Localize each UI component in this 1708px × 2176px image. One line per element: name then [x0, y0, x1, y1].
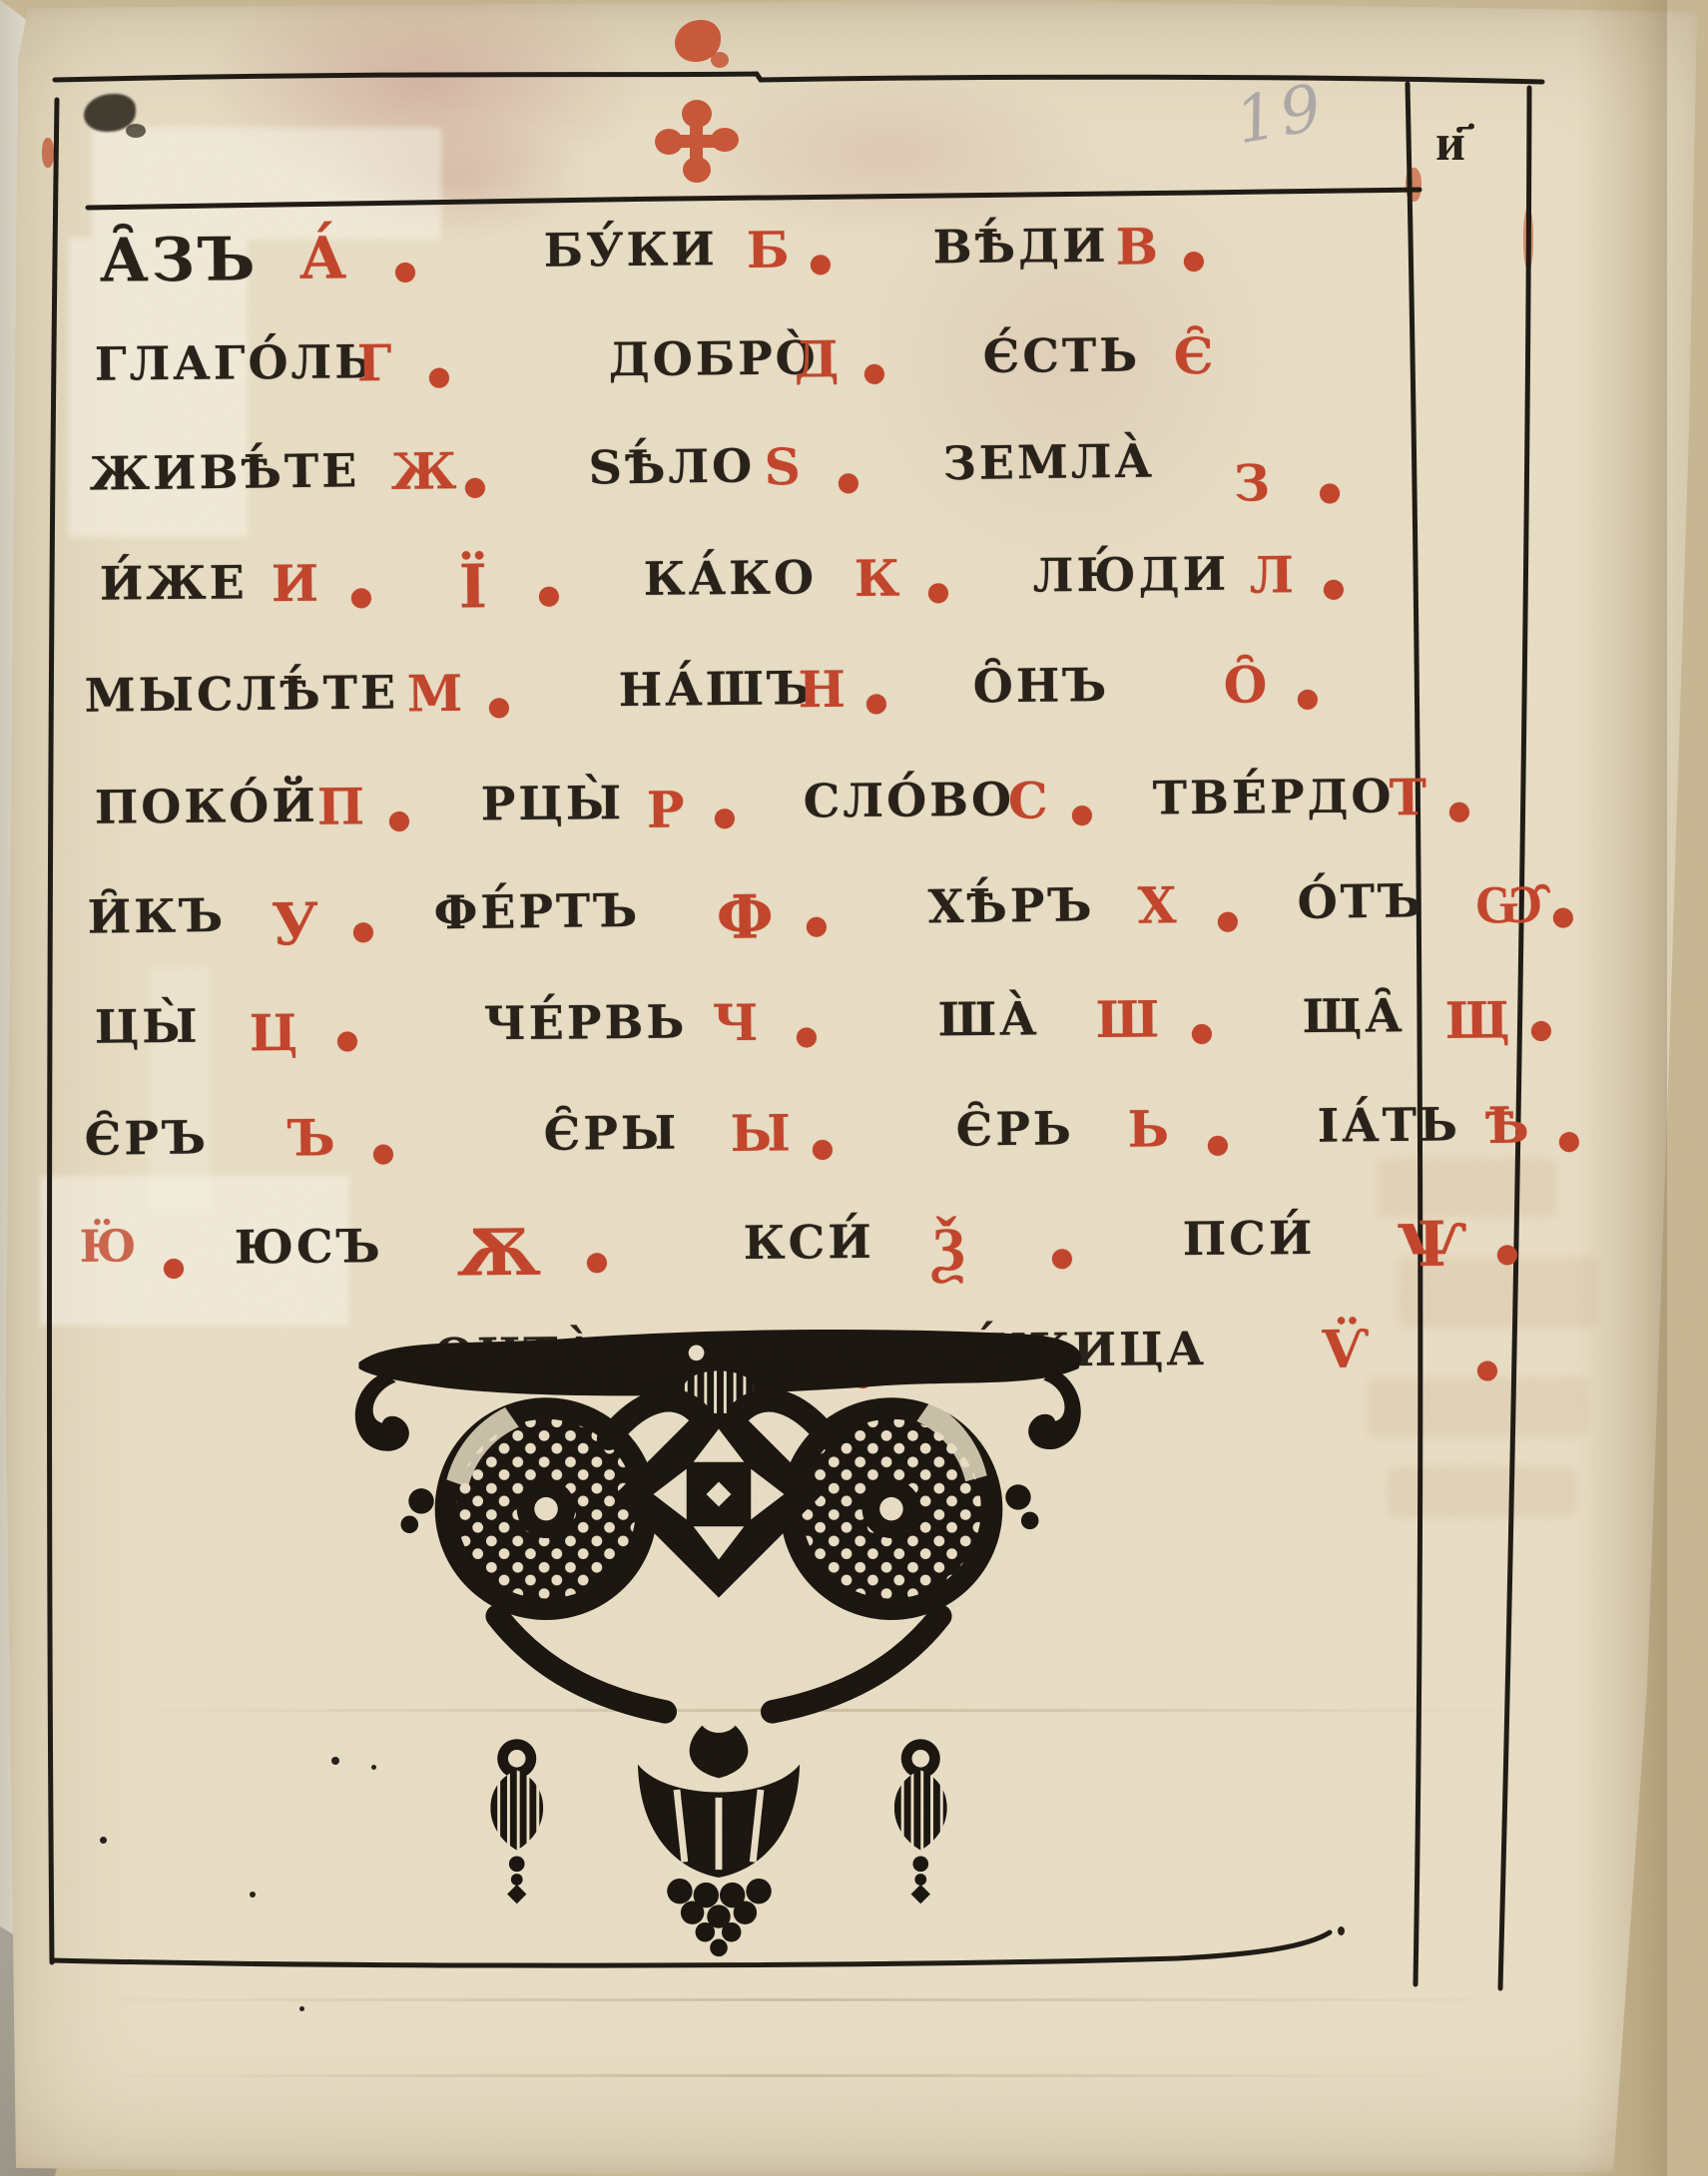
separator-dot — [587, 1253, 607, 1273]
letter-glyph: В — [1116, 222, 1162, 272]
separator-dot — [351, 588, 371, 608]
separator-dot — [866, 694, 886, 714]
letter-glyph: Ѫ — [457, 1222, 545, 1287]
alphabet-row-9: Є̑РЪЪЄ̑РЫЫЄ̑РЬЬІА́ТЬѢ — [0, 1099, 1708, 1207]
letter-glyph: Р — [647, 786, 688, 835]
letter-name: ЅѢ́ЛО — [588, 442, 755, 490]
separator-dot — [465, 478, 485, 498]
letter-name: ХѢ́РЪ — [927, 881, 1094, 929]
letter-name: Є̑РЪ — [85, 1114, 210, 1161]
alphabet-row-2: ГЛАГО́ЛЬГДОБРО̀ДЄ́СТЬЄ̑ — [0, 327, 1708, 432]
separator-dot — [1497, 1245, 1517, 1265]
letter-glyph: Ь — [1127, 1104, 1172, 1154]
letter-name: ПОКО́Й — [95, 783, 318, 830]
letter-name: ВѢ́ДИ — [933, 223, 1109, 271]
letter-glyph: М — [407, 669, 466, 720]
letter-name: КСИ́ — [744, 1219, 874, 1266]
separator-dot — [395, 263, 415, 282]
letter-glyph: У — [271, 895, 321, 954]
separator-dot — [1477, 1360, 1497, 1380]
letter-name: ІА́ТЬ — [1317, 1101, 1460, 1148]
letter-glyph: С — [1008, 776, 1051, 825]
letter-name: Є̑РЫ — [544, 1110, 680, 1157]
separator-dot — [839, 473, 858, 493]
letter-name: О́ТЪ — [1297, 877, 1424, 925]
letter-glyph: Ф — [716, 887, 777, 948]
letter-glyph: Ї — [459, 557, 491, 617]
separator-dot — [928, 583, 948, 603]
letter-name: ША̀ — [938, 995, 1040, 1042]
letter-name: Є́СТЬ — [983, 332, 1141, 379]
separator-dot — [1449, 803, 1469, 822]
letter-glyph: Ъ — [287, 1113, 338, 1164]
letter-glyph: Ѕ — [764, 442, 804, 492]
separator-dot — [813, 1140, 833, 1160]
letter-glyph: А́ — [299, 229, 350, 286]
letter-name: ЩА̑ — [1303, 992, 1406, 1039]
separator-dot — [1553, 907, 1573, 927]
letter-glyph: Ц — [250, 1008, 301, 1058]
letter-name: ЗЕМЛА̀ — [942, 438, 1155, 487]
letter-name: ЮСЪ — [235, 1223, 383, 1270]
letter-glyph: Ж — [390, 446, 459, 497]
letter-glyph: Ы — [730, 1108, 794, 1159]
letter-glyph: Ч — [713, 998, 762, 1048]
letter-glyph: З — [1234, 458, 1274, 508]
separator-dot — [1298, 690, 1318, 710]
letter-glyph: И — [272, 559, 322, 609]
letter-glyph: Ѯ — [932, 1218, 968, 1280]
separator-dot — [1052, 1249, 1072, 1269]
alphabet-row-7: И̑КЪУФЕ́РТЪФХѢ́РЪХО́ТЪѠ̑ — [0, 874, 1708, 985]
separator-dot — [1218, 912, 1238, 932]
letter-name: И́ЖЕ — [100, 559, 248, 606]
letter-name: А̑ЗЪ — [100, 230, 259, 290]
alphabet-row-5: МЫСЛѢ́ТЕМНА́ШЪНО̑НЪО̑ — [0, 656, 1708, 764]
separator-dot — [1320, 483, 1340, 503]
letter-name: БУ́КИ — [544, 226, 718, 273]
separator-dot — [429, 368, 449, 388]
letter-name: СЛО́ВО — [804, 777, 1015, 824]
letter-name: МЫСЛѢ́ТЕ — [85, 669, 399, 718]
letter-glyph: Н — [798, 665, 849, 716]
separator-dot — [1184, 252, 1204, 272]
alphabet-row-3: ЖИВѢ́ТЕЖЅѢ́ЛОЅЗЕМЛА̀З — [0, 431, 1708, 542]
separator-dot — [1324, 580, 1344, 600]
letter-name: ЦЫ̀ — [95, 1003, 201, 1050]
letter-glyph: Ѣ — [1484, 1101, 1532, 1151]
separator-dot — [1208, 1136, 1228, 1156]
separator-dot — [353, 922, 373, 942]
separator-dot — [539, 587, 559, 607]
letter-name: РЦЫ̀ — [481, 780, 625, 826]
alphabet-row-10: Ю̈ЮСЪѪКСИ́ѮПСИ́Ѱ — [0, 1212, 1708, 1317]
separator-dot — [811, 255, 831, 274]
separator-dot — [1192, 1024, 1212, 1044]
alphabet-row-6: ПОКО́ЙПРЦЫ̀РСЛО́ВОСТВЕ́РДОТ — [0, 771, 1708, 875]
separator-dot — [164, 1259, 184, 1279]
letter-glyph: Д — [795, 334, 843, 384]
separator-dot — [1531, 1021, 1551, 1041]
letter-glyph: Ѡ̑ — [1474, 876, 1545, 931]
letter-glyph: Л — [1250, 550, 1298, 600]
letter-glyph: Ш — [1096, 994, 1163, 1045]
letter-glyph: Є̑ — [1174, 331, 1217, 381]
separator-dot — [1559, 1132, 1579, 1152]
letter-glyph: Щ — [1445, 995, 1513, 1046]
letter-name: КА́КО — [644, 554, 818, 602]
letter-name: ДОБРО̀ — [609, 334, 819, 382]
letter-name: О̑НЪ — [972, 662, 1109, 709]
letter-name: Є̑РЬ — [955, 1105, 1074, 1152]
letter-glyph: Б — [747, 226, 793, 275]
letter-glyph: Г — [357, 338, 395, 388]
letter-glyph: О̑ — [1223, 660, 1270, 710]
separator-dot — [864, 364, 884, 384]
separator-dot — [715, 809, 735, 828]
letter-name: ПСИ́ — [1183, 1215, 1316, 1262]
separator-dot — [489, 698, 509, 718]
alphabet-row-1: А̑ЗЪА́БУ́КИБВѢ́ДИВ — [0, 218, 1708, 322]
letter-name: ЧЕ́РВЬ — [484, 999, 688, 1047]
woodcut-tailpiece — [344, 1324, 1093, 1962]
letter-name: И̑КЪ — [87, 892, 226, 940]
separator-dot — [797, 1027, 817, 1047]
letter-glyph: К — [854, 554, 903, 604]
separator-dot — [1072, 806, 1092, 825]
letter-glyph: Т — [1390, 773, 1430, 822]
alphabet-row-8: ЦЫ̀ЦЧЕ́РВЬЧША̀ШЩА̑Щ — [0, 990, 1708, 1095]
letter-glyph: Х — [1137, 880, 1179, 931]
letter-glyph: Ю̈ — [80, 1225, 140, 1270]
scanned-page: 19 и҃ А̑ЗЪА́БУ́КИБВѢ́ДИВГЛАГО́ЛЬГДОБРО̀Д… — [0, 0, 1708, 2176]
letter-name: ФЕ́РТЪ — [433, 887, 640, 936]
separator-dot — [807, 917, 827, 937]
letter-glyph: Ѱ — [1398, 1214, 1469, 1277]
letter-name: ГЛАГО́ЛЬ — [95, 338, 376, 386]
separator-dot — [337, 1031, 357, 1051]
letter-name: НА́ШЪ — [618, 665, 814, 713]
separator-dot — [373, 1145, 393, 1165]
letter-name: ЛЮ́ДИ — [1033, 551, 1230, 599]
letter-name: ЖИВѢ́ТЕ — [89, 447, 359, 496]
letter-glyph: Ѵ̈ — [1322, 1325, 1373, 1376]
letter-name: ТВЕ́РДО — [1153, 773, 1395, 820]
separator-dot — [389, 812, 409, 831]
letter-glyph: П — [317, 782, 368, 831]
alphabet-row-4: И́ЖЕИЇКА́КОКЛЮ́ДИЛ — [0, 547, 1708, 652]
